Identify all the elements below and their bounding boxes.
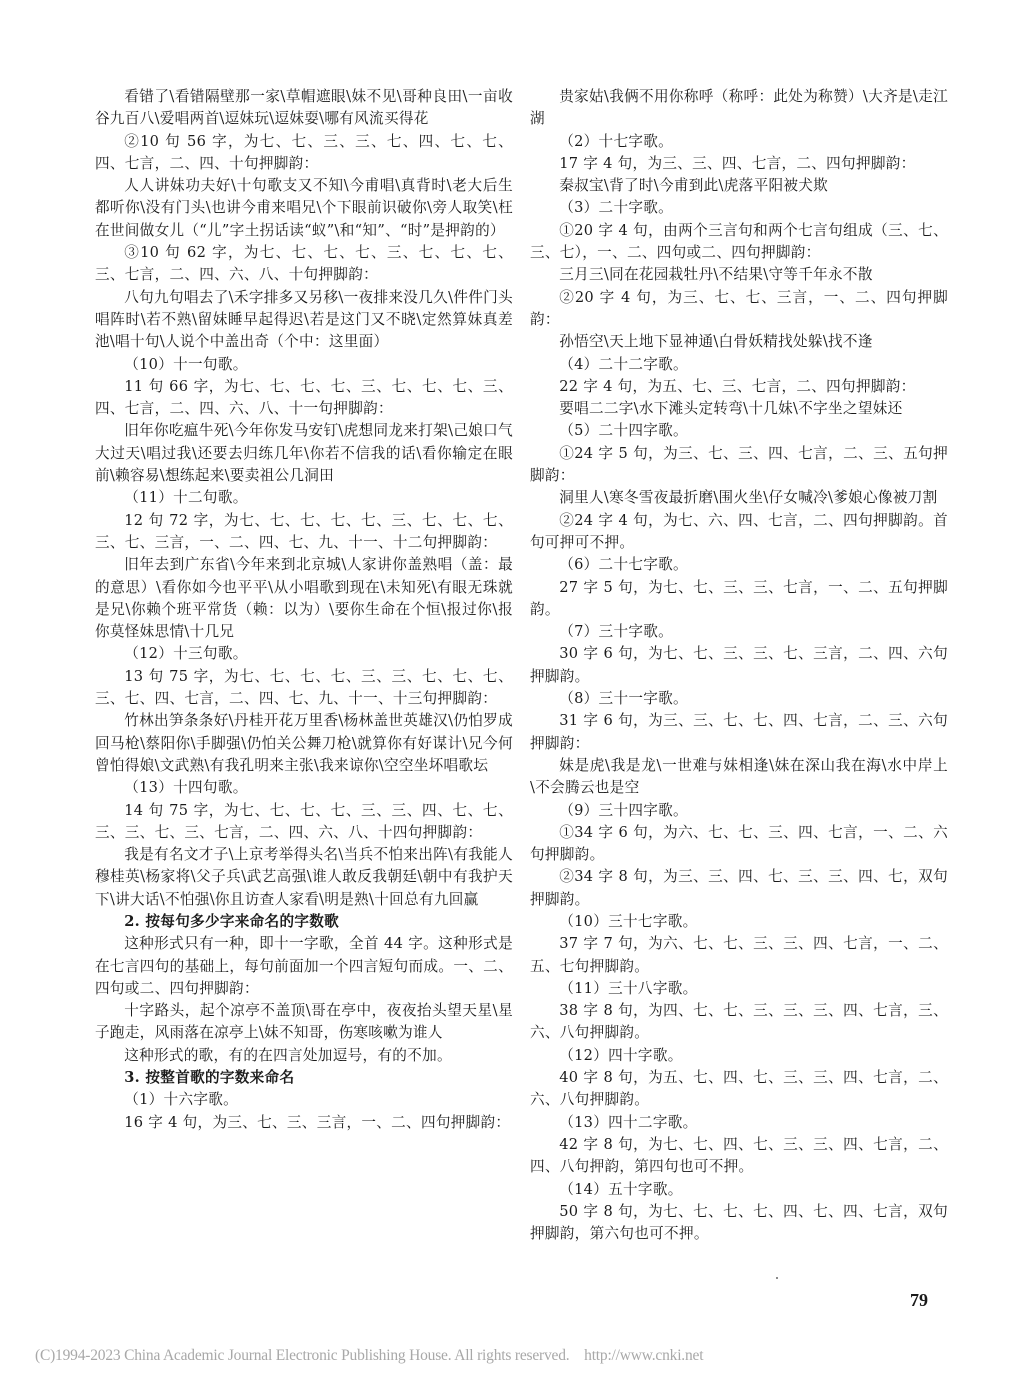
paragraph: （11）十二句歌。 [95,487,513,509]
paragraph: 这种形式的歌，有的在四言处加逗号，有的不加。 [95,1045,513,1067]
paragraph: （8）三十一字歌。 [530,688,948,710]
paragraph: 14 句 75 字，为七、七、七、七、三、三、四、七、七、三、三、七、三、七言，… [95,800,513,845]
paragraph: （7）三十字歌。 [530,621,948,643]
copyright-footer: (C)1994-2023 China Academic Journal Elec… [35,1347,703,1365]
paragraph: 这种形式只有一种，即十一字歌，全首 44 字。这种形式是在七言四句的基础上，每句… [95,933,513,1000]
paragraph: （12）十三句歌。 [95,643,513,665]
paragraph: 十字路头，起个凉亭不盖顶\哥在亭中，夜夜抬头望天星\星子跑走，风雨落在凉亭上\妹… [95,1000,513,1045]
paragraph: 秦叔宝\背了时\今甫到此\虎落平阳被犬欺 [530,175,948,197]
paragraph: （10）十一句歌。 [95,354,513,376]
section-heading: 2. 按每句多少字来命名的字数歌 [95,911,513,933]
paragraph: ①24 字 5 句，为三、七、三、四、七言，二、三、五句押脚韵： [530,443,948,488]
paragraph: （13）四十二字歌。 [530,1112,948,1134]
paragraph: 三月三\同在花园栽牡丹\不结果\守等千年永不散 [530,264,948,286]
paragraph: 洞里人\寒冬雪夜最折磨\围火坐\仔女喊冷\爹娘心像被刀割 [530,487,948,509]
paragraph: 贵家姑\我俩不用你称呼（称呼：此处为称赞）\大齐是\走江湖 [530,86,948,131]
paragraph: ①20 字 4 句，由两个三言句和两个七言句组成（三、七、三、七），一、二、四句… [530,220,948,265]
paragraph: ③10 句 62 字，为七、七、七、七、三、七、七、七、三、七言，二、四、六、八… [95,242,513,287]
paragraph: 孙悟空\天上地下显神通\白骨妖精找处躲\找不逢 [530,331,948,353]
paragraph: 12 句 72 字，为七、七、七、七、七、三、七、七、七、三、七、三言，一、二、… [95,510,513,555]
paragraph: 人人讲妹功夫好\十句歌支又不知\今甫唱\真背时\老大后生都听你\没有门头\也讲今… [95,175,513,242]
paragraph: 我是有名文才子\上京考举得头名\当兵不怕来出阵\有我能人穆桂英\杨家将\父子兵\… [95,844,513,911]
paragraph: 42 字 8 句，为七、七、四、七、三、三、四、七言，二、四、八句押韵，第四句也… [530,1134,948,1179]
paragraph: ②34 字 8 句，为三、三、四、七、三、三、四、七，双句押脚韵。 [530,866,948,911]
paragraph: ①34 字 6 句，为六、七、七、三、四、七言，一、二、六句押脚韵。 [530,822,948,867]
paragraph: （9）三十四字歌。 [530,800,948,822]
paragraph: 八句九句唱去了\禾字排多又另移\一夜排来没几久\件件门头唱阵时\若不熟\留妹睡早… [95,287,513,354]
paragraph: 31 字 6 句，为三、三、七、七、四、七言，二、三、六句押脚韵： [530,710,948,755]
paragraph: ②10 句 56 字，为七、七、三、三、七、四、七、七、四、七言，二、四、十句押… [95,131,513,176]
section-heading: 3. 按整首歌的字数来命名 [95,1067,513,1089]
page-number: 79 [910,1290,928,1311]
paragraph: 17 字 4 句，为三、三、四、七言，二、四句押脚韵： [530,153,948,175]
paragraph: （2）十七字歌。 [530,131,948,153]
paragraph: 50 字 8 句，为七、七、七、七、四、七、四、七言，双句押脚韵，第六句也可不押… [530,1201,948,1246]
paragraph: 旧年去到广东省\今年来到北京城\人家讲你盖熟唱（盖：最的意思）\看你如今也平平\… [95,554,513,643]
paragraph: 竹林出笋条条好\丹桂开花万里香\杨林盖世英雄汉\仍怕罗成回马枪\蔡阳你\手脚强\… [95,710,513,777]
paragraph: 30 字 6 句，为七、七、三、三、七、三言，二、四、六句押脚韵。 [530,643,948,688]
paragraph: （5）二十四字歌。 [530,420,948,442]
paragraph: （13）十四句歌。 [95,777,513,799]
paragraph: （6）二十七字歌。 [530,554,948,576]
paragraph: 22 字 4 句，为五、七、三、七言，二、四句押脚韵： [530,376,948,398]
paragraph: ②20 字 4 句，为三、七、七、三言，一、二、四句押脚韵： [530,287,948,332]
right-column: 贵家姑\我俩不用你称呼（称呼：此处为称赞）\大齐是\走江湖（2）十七字歌。17 … [530,86,948,1245]
paragraph: （12）四十字歌。 [530,1045,948,1067]
paragraph: 40 字 8 句，为五、七、四、七、三、三、四、七言，二、六、八句押脚韵。 [530,1067,948,1112]
left-column: 看错了\看错隔壁那一家\草帽遮眼\妹不见\哥种良田\一亩收谷九百八\爱唱两首\逗… [95,86,513,1134]
paragraph: 16 字 4 句，为三、七、三、三言，一、二、四句押脚韵： [95,1112,513,1134]
paragraph: 要唱二二字\水下滩头定转弯\十几妹\不字坐之望妹还 [530,398,948,420]
paragraph: （3）二十字歌。 [530,197,948,219]
paragraph: 11 句 66 字，为七、七、七、七、三、七、七、七、三、四、七言，二、四、六、… [95,376,513,421]
paragraph: 旧年你吃瘟牛死\今年你发马安钉\虎想同龙来打架\己娘口气大过天\唱过我\还要去归… [95,420,513,487]
paragraph: 37 字 7 句，为六、七、七、三、三、四、七言，一、二、五、七句押脚韵。 [530,933,948,978]
paragraph: 38 字 8 句，为四、七、七、三、三、三、四、七言，三、六、八句押脚韵。 [530,1000,948,1045]
paragraph: 看错了\看错隔壁那一家\草帽遮眼\妹不见\哥种良田\一亩收谷九百八\爱唱两首\逗… [95,86,513,131]
paragraph: （11）三十八字歌。 [530,978,948,1000]
paragraph: 妹是虎\我是龙\一世难与妹相逢\妹在深山我在海\水中岸上\不会腾云也是空 [530,755,948,800]
paragraph: （1）十六字歌。 [95,1089,513,1111]
paragraph: （10）三十七字歌。 [530,911,948,933]
paragraph: （4）二十二字歌。 [530,354,948,376]
paragraph: 13 句 75 字，为七、七、七、七、三、三、七、七、七、三、七、四、七言，二、… [95,666,513,711]
print-speck [776,1277,778,1279]
paragraph: ②24 字 4 句，为七、六、四、七言，二、四句押脚韵。首句可押可不押。 [530,510,948,555]
paragraph: （14）五十字歌。 [530,1179,948,1201]
paragraph: 27 字 5 句，为七、七、三、三、七言，一、二、五句押脚韵。 [530,577,948,622]
